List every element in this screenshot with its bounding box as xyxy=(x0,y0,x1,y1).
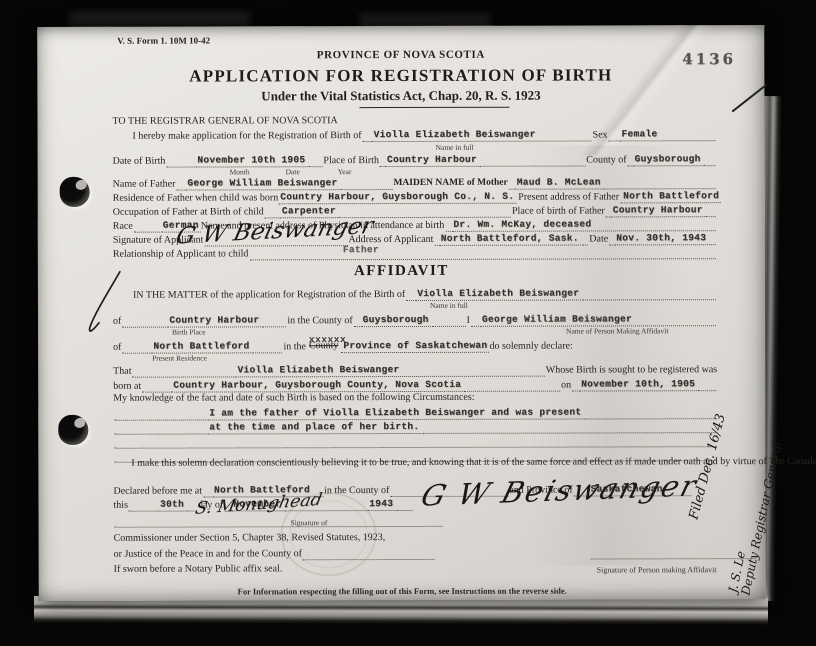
notary-seal-line: If sworn before a Notary Public affix se… xyxy=(114,562,283,575)
dotted-line xyxy=(445,219,450,232)
dotted-line xyxy=(422,420,716,434)
dotted-line xyxy=(594,218,715,231)
subtitle-rule xyxy=(359,90,509,108)
field-label: this xyxy=(113,499,127,512)
dotted-line xyxy=(698,378,716,391)
field-label: Whose Birth is sought to be registered w… xyxy=(546,363,717,376)
application-date-value: Nov. 30th, 1943 xyxy=(614,231,708,245)
dotted-line xyxy=(402,364,544,377)
month-sublabel: Month xyxy=(230,167,250,176)
dotted-line xyxy=(340,177,392,190)
dotted-line xyxy=(265,205,279,218)
dotted-line xyxy=(709,232,716,245)
field-label: Sex xyxy=(593,128,608,141)
knowledge-statement: My knowledge of the fact and date of suc… xyxy=(113,391,474,405)
dotted-line xyxy=(539,129,592,142)
person-making-affidavit-sublabel: Name of Person Making Affidavit xyxy=(566,326,668,335)
name-in-full-sublabel: Name in full xyxy=(430,301,468,310)
dotted-line xyxy=(584,406,716,419)
dotted-line xyxy=(609,232,613,245)
hole-punch-bottom xyxy=(58,415,88,445)
dotted-line xyxy=(406,288,414,301)
field-label: Date of Birth xyxy=(113,155,166,168)
birth-date-row: Date of Birth November 10th 1905 Place o… xyxy=(113,153,717,168)
birth-registration-form-page: V. S. Form 1. 10M 10-42 PROVINCE OF NOVA… xyxy=(37,25,766,601)
circumstances-text-1: I am the father of Violla Elizabeth Beis… xyxy=(207,406,583,421)
dotted-line xyxy=(363,129,371,142)
dotted-line xyxy=(432,314,466,327)
field-label: Declared before me at xyxy=(113,485,202,498)
field-label: in the County of xyxy=(287,314,352,327)
affidavit-residence-row: of North Battleford in the County xxxxxx… xyxy=(113,339,717,354)
relationship-value: Father xyxy=(341,243,381,256)
affiant-signature-line xyxy=(591,546,756,559)
affidavit-matter-row: IN THE MATTER of the application for Reg… xyxy=(133,287,717,302)
deponent-name-value: George William Beiswanger xyxy=(480,312,634,326)
dotted-line xyxy=(115,514,443,528)
circumstances-line-2: at the time and place of her birth. xyxy=(113,420,717,435)
checkmark-annotation xyxy=(78,269,124,343)
field-label: IN THE MATTER of the application for Reg… xyxy=(133,288,405,302)
affidavit-residence-value: North Battleford xyxy=(151,339,251,353)
father-residence-value: Country Harbour, Guysborough Co., N. S. xyxy=(278,190,516,205)
notary-seal-impression xyxy=(280,492,376,576)
mother-maiden-name-value: Maud B. McLean xyxy=(515,175,603,189)
application-name-row: I hereby make application for the Regist… xyxy=(133,128,717,143)
field-label: Relationship of Applicant to child xyxy=(113,247,249,260)
field-label: Place of birth of Father xyxy=(512,204,605,217)
affidavit-that-row: That Violla Elizabeth Beiswanger Whose B… xyxy=(113,363,717,378)
relationship-row: Relationship of Applicant to child xyxy=(113,246,717,261)
dotted-line xyxy=(509,177,514,190)
declared-year-value: 1943 xyxy=(367,497,395,511)
dotted-line xyxy=(166,155,194,168)
field-label: on xyxy=(561,379,571,392)
dotted-line xyxy=(464,379,560,392)
father-name-value: George William Beiswanger xyxy=(185,176,339,190)
dotted-line xyxy=(114,408,206,421)
affidavit-county-value: Guysborough xyxy=(361,313,431,327)
birth-date-value: November 10th 1905 xyxy=(195,153,307,167)
birth-place-sublabel: Birth Place xyxy=(172,328,206,337)
dotted-line xyxy=(706,204,716,217)
field-label: Race xyxy=(113,220,133,233)
field-label: MAIDEN NAME of Mother xyxy=(393,177,507,190)
dotted-line xyxy=(582,233,589,246)
father-birthplace-value: Country Harbour xyxy=(611,203,705,217)
dotted-line xyxy=(609,128,619,141)
declared-day-value: 30th xyxy=(158,498,186,512)
dotted-line xyxy=(380,154,384,167)
dotted-line xyxy=(262,314,286,327)
dotted-line xyxy=(308,154,322,167)
circumstances-line-1: I am the father of Violla Elizabeth Beis… xyxy=(113,406,717,421)
dotted-line xyxy=(434,233,437,246)
applicant-address-value: North Battleford, Sask. xyxy=(439,232,581,246)
dotted-line xyxy=(132,364,234,377)
field-label: Present address of Father xyxy=(518,190,619,203)
blank-dotted-line xyxy=(113,434,717,449)
father-occupation-row: Occupation of Father at Birth of child C… xyxy=(113,204,717,219)
dotted-line xyxy=(114,434,716,449)
dotted-line xyxy=(249,246,715,260)
struck-county-word: County xxxxxx xyxy=(309,335,339,353)
physician-value: Dr. Wm. McKay, deceased xyxy=(451,217,593,231)
dotted-line xyxy=(635,313,716,326)
province-of-saskatchewan-value: Province of Saskatchewan xyxy=(341,339,489,353)
father-present-address-value: North Battleford xyxy=(621,189,721,203)
affidavit-child-name-value: Violla Elizabeth Beiswanger xyxy=(415,287,581,301)
registrar-heading: TO THE REGISTRAR GENERAL OF NOVA SCOTIA xyxy=(112,114,337,128)
date-sublabel: Date xyxy=(286,167,300,176)
child-name-value: Violla Elizabeth Beiswanger xyxy=(372,128,538,142)
declaration-paragraph: I make this solemn declaration conscient… xyxy=(113,456,755,469)
dotted-line xyxy=(354,314,360,327)
province-heading: PROVINCE OF NOVA SCOTIA xyxy=(37,48,764,62)
justice-of-peace-row: or Justice of the Peace in and for the C… xyxy=(114,547,436,561)
field-label: Name of Father xyxy=(113,178,176,191)
form-title: APPLICATION FOR REGISTRATION OF BIRTH xyxy=(37,65,764,87)
dotted-line xyxy=(572,379,578,392)
circumstances-text-2: at the time and place of her birth. xyxy=(207,420,421,435)
field-label: Place of Birth xyxy=(323,154,379,167)
field-label: I hereby make application for the Regist… xyxy=(133,129,362,143)
dotted-line xyxy=(114,422,206,435)
photograph-of-register-page: V. S. Form 1. 10M 10-42 PROVINCE OF NOVA… xyxy=(0,0,816,646)
field-label: I xyxy=(467,314,470,327)
affidavit-born-date-value: November 10th, 1905 xyxy=(579,377,697,391)
dotted-line xyxy=(582,287,716,300)
deputy-registrar-annotation: J. S. Le Deputy Registrar General xyxy=(727,361,801,596)
dotted-line xyxy=(604,176,716,189)
field-label: Residence of Father when child was born xyxy=(113,191,279,204)
dotted-line xyxy=(129,499,157,512)
name-in-full-sublabel: Name in full xyxy=(436,143,474,152)
sex-value: Female xyxy=(619,127,659,141)
year-sublabel: Year xyxy=(338,167,352,176)
field-label: County of xyxy=(586,153,626,166)
dotted-line xyxy=(606,204,610,217)
affidavit-heading: AFFIDAVIT xyxy=(38,262,765,281)
field-label: Occupation of Father at Birth of child xyxy=(113,205,264,218)
dotted-line xyxy=(480,154,585,167)
affidavit-birthplace-value: Country Harbour xyxy=(167,313,261,327)
present-residence-sublabel: Present Residence xyxy=(152,354,207,363)
dotted-line xyxy=(471,314,479,327)
dotted-line xyxy=(396,498,412,511)
field-label: do solemnly declare: xyxy=(489,340,572,353)
dotted-line xyxy=(122,341,150,354)
birth-place-value: Country Harbour xyxy=(385,153,479,167)
field-label: in the xyxy=(283,340,306,353)
dotted-line xyxy=(661,128,716,141)
signature-of-person-sublabel: Signature of Person making Affidavit xyxy=(597,565,717,574)
dotted-line xyxy=(628,153,632,166)
form-number: V. S. Form 1. 10M 10-42 xyxy=(117,35,210,48)
affidavit-that-name-value: Violla Elizabeth Beiswanger xyxy=(235,363,401,377)
commissioner-signature-line xyxy=(114,514,444,528)
dotted-line xyxy=(704,153,716,166)
dotted-line xyxy=(176,178,184,191)
dotted-line xyxy=(122,315,166,328)
field-label: Date xyxy=(589,232,608,245)
footer-instructions: For Information respecting the filling o… xyxy=(39,585,766,597)
hole-punch-top xyxy=(60,177,90,207)
dotted-line xyxy=(203,484,211,497)
field-label: or Justice of the Peace in and for the C… xyxy=(114,547,302,560)
dotted-line xyxy=(134,220,160,233)
dotted-line xyxy=(252,340,282,353)
field-label: That xyxy=(113,365,131,378)
county-value: Guysborough xyxy=(633,152,703,166)
